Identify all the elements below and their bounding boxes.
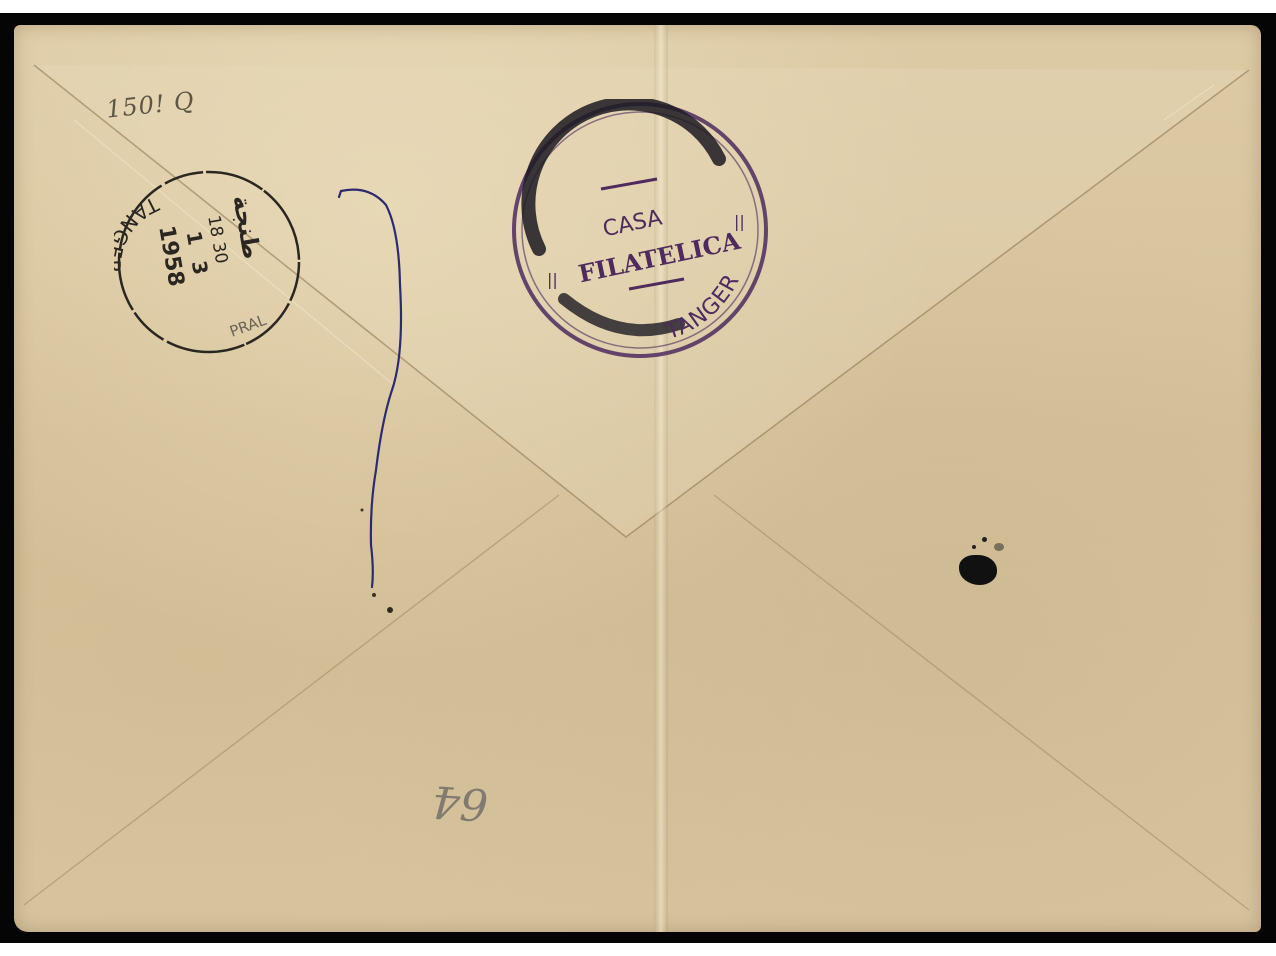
- tanger-postmark: TANGER PRAL طنجة 18 30 1 3 1958: [114, 167, 304, 357]
- ink-speck: [994, 543, 1004, 551]
- svg-text:||: ||: [734, 212, 745, 231]
- postmark-day: 1: [182, 229, 208, 247]
- envelope-back: 150! Q TANGER PRAL طنجة 18 30 1 3 1958 C…: [14, 25, 1261, 932]
- pencil-number: 64: [430, 775, 489, 830]
- postmark-month: 3: [187, 259, 213, 277]
- postmark-office: PRAL: [227, 311, 269, 341]
- casa-filatelica-cachet: CASA FILATELICA || || TANGER: [509, 99, 771, 361]
- ink-speck: [972, 545, 976, 549]
- postmark-arabic: طنجة: [227, 193, 266, 261]
- ink-blot: [959, 555, 997, 585]
- cachet-line1: CASA: [601, 205, 665, 242]
- ink-speck: [982, 537, 987, 542]
- svg-text:||: ||: [547, 270, 558, 289]
